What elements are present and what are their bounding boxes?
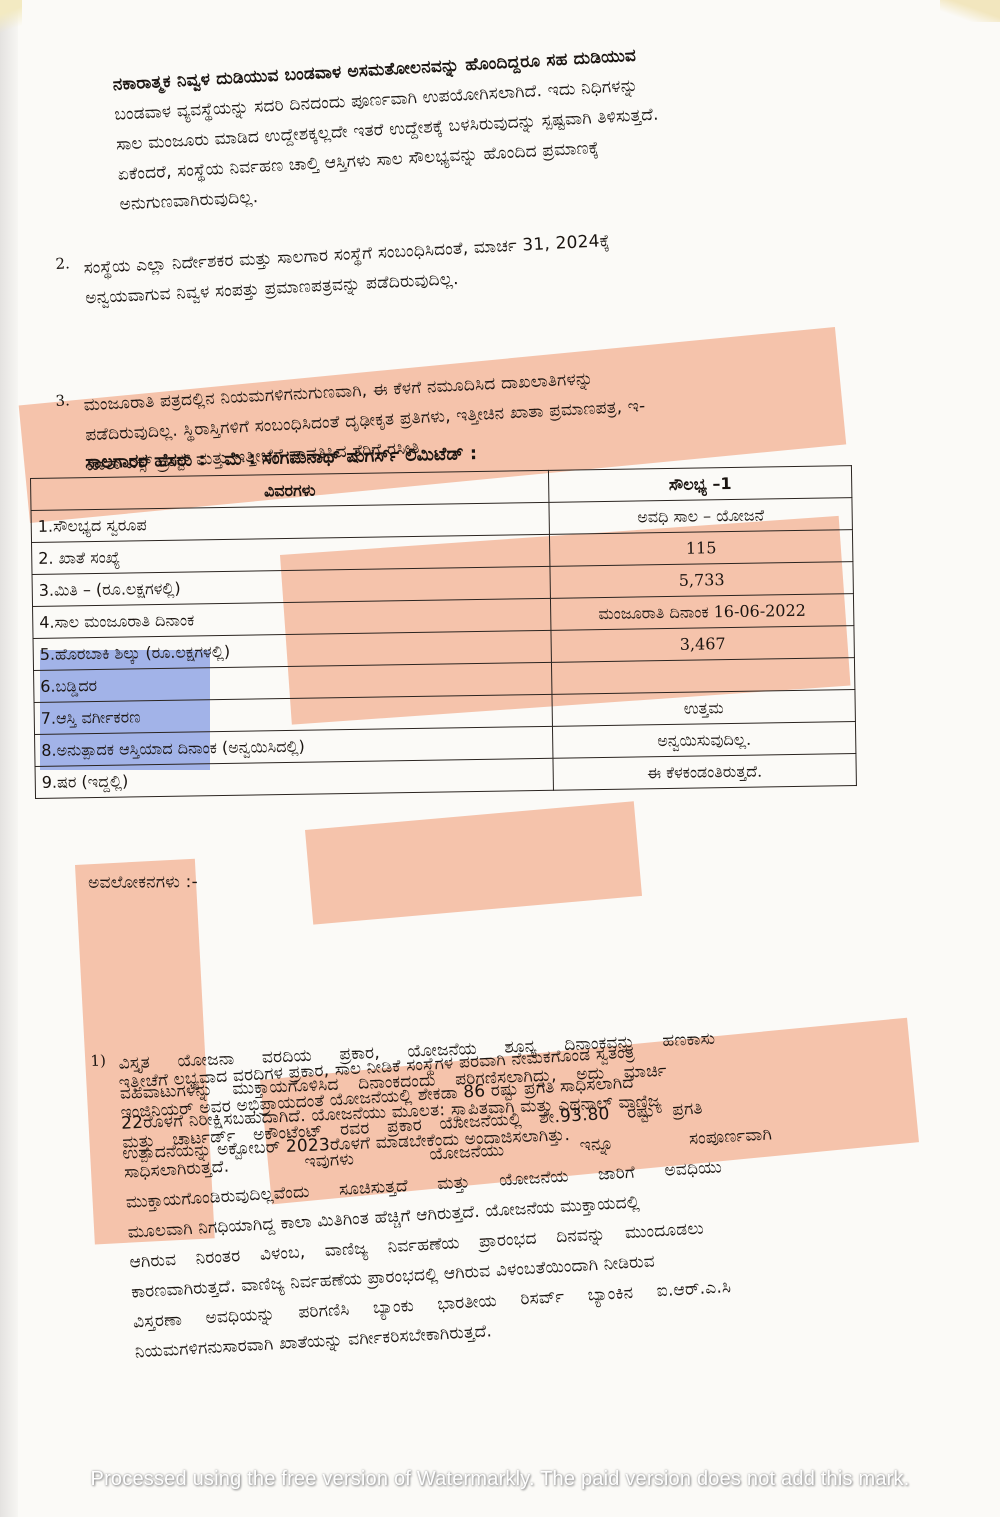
row-value (551, 658, 854, 695)
column-header: ಸೌಲಭ್ಯ –1 (548, 466, 851, 503)
point-number: 2. (55, 254, 70, 273)
row-value: ಉತ್ತಮ (552, 690, 855, 727)
row-value: ಅವಧಿ ಸಾಲ – ಯೋಜನೆ (549, 498, 852, 535)
borrower-label: ಸಾಲಗಾರರ ಹೆಸರು : (85, 449, 206, 473)
borrower-name: ಮೆ : ಸಂಗಮನಾಥ್ ಷುಗರ್ಸ್ ಲಿಮಿಟೆಡ್ : (224, 443, 477, 470)
row-value: 5,733 (550, 562, 853, 599)
loan-details-table: ವಿವರಗಳು ಸೌಲಭ್ಯ –1 1.ಸೌಲಭ್ಯದ ಸ್ವರೂಪಅವಧಿ ಸ… (30, 465, 857, 799)
observations-heading: ಅವಲೋಕನಗಳು :- (88, 867, 198, 898)
row-value: ಮಂಜೂರಾತಿ ದಿನಾಂಕ 16-06-2022 (550, 594, 853, 631)
point-number: 1) (90, 1051, 106, 1070)
row-value: ಅನ್ವಯಿಸುವುದಿಲ್ಲ. (552, 722, 855, 759)
intro-paragraph: ನಕಾರಾತ್ಮಕ ನಿವ್ವಳ ದುಡಿಯುವ ಬಂಡವಾಳ ಅಸಮತೋಲನವ… (112, 40, 663, 220)
document-page: ನಕಾರಾತ್ಮಕ ನಿವ್ವಳ ದುಡಿಯುವ ಬಂಡವಾಳ ಅಸಮತೋಲನವ… (0, 0, 1000, 1517)
observation-paragraph-2: ಇತ್ತೀಚೆಗೆ ಲಭ್ಯವಾದ ವರದಿಗಳ ಪ್ರಕಾರ, ಸಾಲ ನೀಡ… (118, 1030, 783, 1368)
watermark-text: Processed using the free version of Wate… (0, 1468, 1000, 1491)
point-number: 3. (55, 391, 70, 410)
row-value: 3,467 (551, 626, 854, 663)
row-value: ಈ ಕೆಳಕಂಡಂತಿರುತ್ತದೆ. (553, 754, 856, 791)
row-value: 115 (549, 530, 852, 567)
numbered-point-2: 2. ಸಂಸ್ಥೆಯ ಎಲ್ಲಾ ನಿರ್ದೇಶಕರ ಮತ್ತು ಸಾಲಗಾರ … (55, 203, 1000, 315)
row-label: 9.ಷರ (ಇದ್ದಲ್ಲಿ) (35, 758, 553, 798)
